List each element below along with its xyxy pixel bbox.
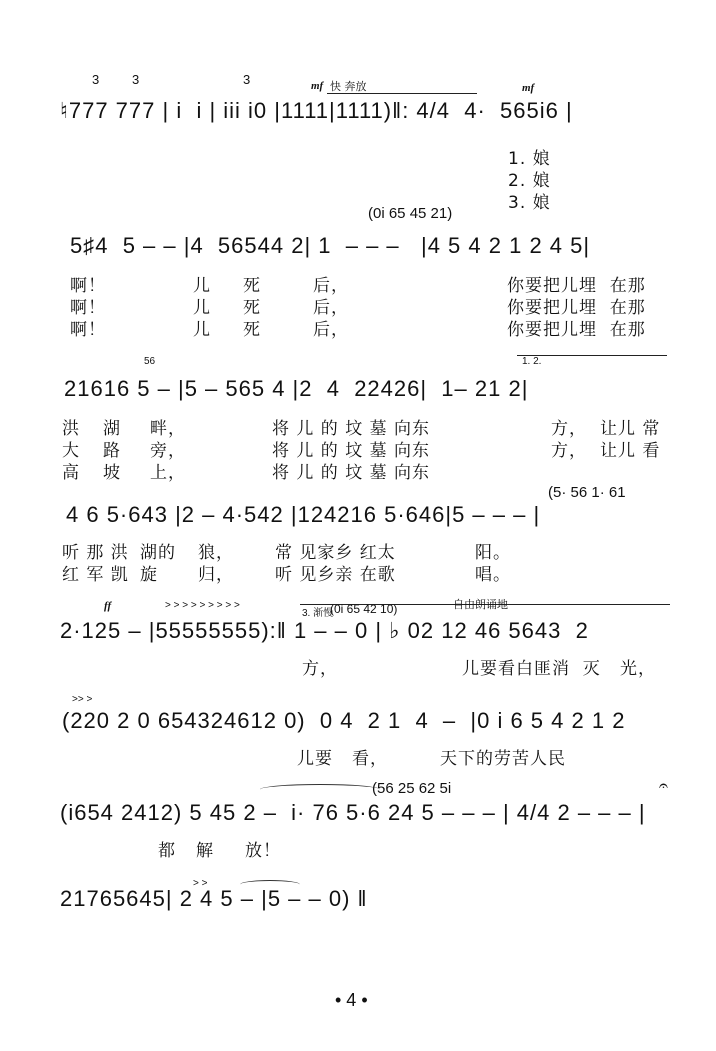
lyric: 都 (158, 836, 176, 861)
page-number: • 4 • (335, 990, 368, 1011)
accent-marks: > > > > > > > > > (165, 600, 240, 611)
interlude: (0i 65 42 10) (330, 602, 397, 616)
lyric: 后， (313, 315, 349, 340)
lyric: 让儿 看 (600, 436, 660, 461)
lyric: 儿 (193, 315, 211, 340)
notes-line: (i654 2412) 5 45 2 – i· 76 5·6 24 5 – – … (60, 800, 646, 826)
system-1: 3 3 3 mf 快 奔放 ♮777 777 | i i | iii i0 |1… (0, 60, 716, 210)
volta-label: 1. 2. (522, 356, 541, 367)
system-8: > > 21765645| 2 4 5 – |5 – – 0) ‖ (0, 860, 716, 930)
lyric: 啊！ (70, 315, 106, 340)
notes-line: (220 2 0 654324612 0) 0 4 2 1 4 – |0 i 6… (62, 708, 625, 734)
dynamic-mark: mf (311, 80, 323, 92)
lyric: 你要把儿埋 在那 (507, 315, 646, 340)
system-7: (56 25 62 5i (i654 2412) 5 45 2 – i· 76 … (0, 770, 716, 870)
interlude: (5· 56 1· 61 (548, 484, 626, 501)
notes-line: ♮777 777 | i i | iii i0 |1111|1111)‖: 4/… (60, 98, 573, 124)
fermata-icon: 𝄐 (659, 778, 668, 796)
notes-line: 21616 5 – |5 – 565 4 |2 4 22426| 1– 21 2… (64, 376, 528, 402)
system-2: (0i 65 45 21) 5♯4 5 – – |4 56544 2| 1 – … (0, 205, 716, 345)
lyric: 死 (243, 315, 261, 340)
lyric: 看， (352, 744, 388, 769)
lyric: 红 军 凯 (62, 560, 129, 585)
system-6: >> > (220 2 0 654324612 0) 0 4 2 1 4 – |… (0, 680, 716, 770)
grace-notes: 56 (144, 356, 155, 367)
lyric: 唱。 (475, 560, 511, 585)
lyric: 天下的劳苦人民 (440, 744, 566, 769)
tempo-line (327, 93, 477, 94)
interlude: (56 25 62 5i (372, 780, 451, 797)
slur (260, 784, 380, 795)
system-4: (5· 56 1· 61 4 6 5·643 |2 – 4·542 |12421… (0, 480, 716, 580)
triplet-mark: 3 (243, 72, 250, 87)
accent-marks: >> > (72, 694, 92, 705)
lyric: 方， (551, 436, 587, 461)
dynamic-mark: mf (522, 82, 534, 94)
lyric: 旋 (140, 560, 158, 585)
system-3: 1. 2. 56 21616 5 – |5 – 565 4 |2 4 22426… (0, 350, 716, 470)
notes-line: 2·125 – |55555555):‖ 1 – – 0 | ♭ 02 12 4… (60, 618, 589, 644)
lyric: 儿要 (297, 744, 333, 769)
lyric: 方， (302, 654, 338, 679)
tempo-mark: 自由朗诵地 (453, 596, 508, 612)
triplet-mark: 3 (132, 72, 139, 87)
notes-line: 5♯4 5 – – |4 56544 2| 1 – – – |4 5 4 2 1… (70, 233, 590, 259)
interlude: (0i 65 45 21) (368, 205, 452, 222)
triplet-mark: 3 (92, 72, 99, 87)
lyric: 放！ (245, 836, 281, 861)
lyric: 解 (196, 836, 214, 861)
lyric: 归， (198, 560, 234, 585)
lyric: 儿要看白匪消 灭 光， (462, 654, 656, 679)
tempo-mark: 快 奔放 (330, 78, 367, 94)
notes-line: 21765645| 2 4 5 – |5 – – 0) ‖ (60, 886, 368, 912)
lyric: 听 见乡亲 在歌 (275, 560, 396, 585)
system-5: ff > > > > > > > > > 3. 渐慢 (0i 65 42 10)… (0, 590, 716, 680)
notes-line: 4 6 5·643 |2 – 4·542 |124216 5·646|5 – –… (66, 502, 540, 528)
volta-label: 3. 渐慢 (302, 604, 333, 619)
dynamic-mark: ff (104, 600, 111, 612)
